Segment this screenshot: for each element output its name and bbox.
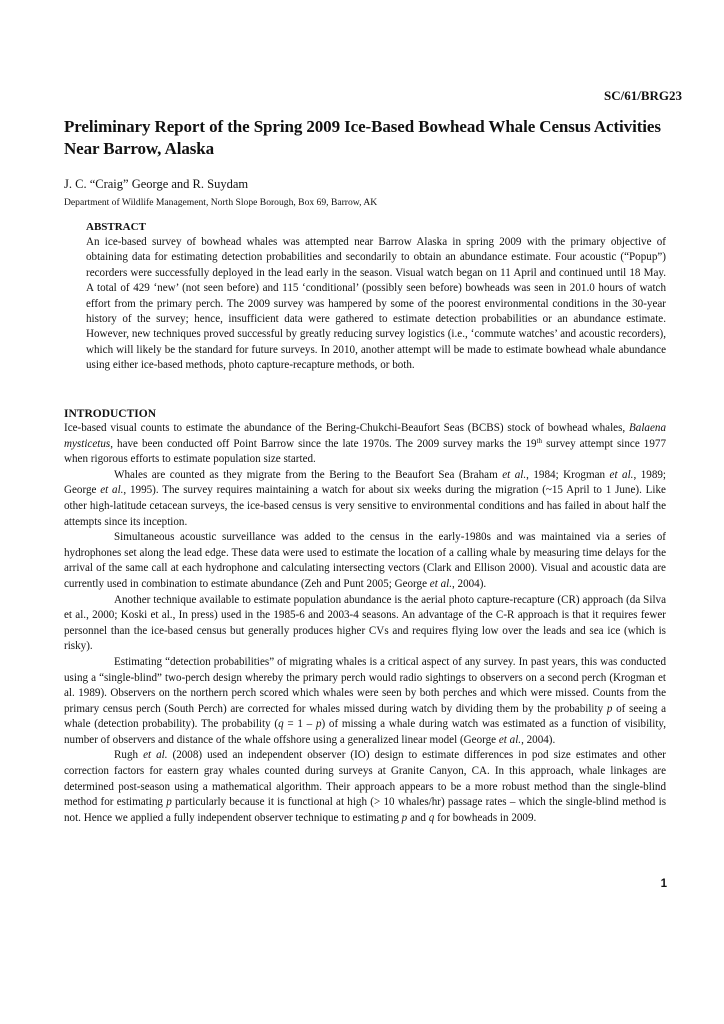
paragraph-2: Whales are counted as they migrate from … (64, 468, 666, 530)
paragraph-3: Simultaneous acoustic surveillance was a… (64, 530, 666, 592)
abstract-heading: ABSTRACT (86, 221, 146, 233)
paragraph-4: Another technique available to estimate … (64, 593, 666, 655)
document-id: SC/61/BRG23 (604, 88, 682, 104)
paragraph-6: Rugh et al. (2008) used an independent o… (64, 748, 666, 826)
paragraph-5: Estimating “detection probabilities” of … (64, 655, 666, 749)
affiliation: Department of Wildlife Management, North… (64, 197, 377, 208)
paper-title: Preliminary Report of the Spring 2009 Ic… (64, 116, 664, 160)
introduction-heading: INTRODUCTION (64, 408, 156, 420)
authors: J. C. “Craig” George and R. Suydam (64, 177, 248, 192)
document-page: SC/61/BRG23 Preliminary Report of the Sp… (0, 0, 724, 1024)
introduction-body: Ice-based visual counts to estimate the … (64, 421, 666, 826)
paragraph-1: Ice-based visual counts to estimate the … (64, 421, 666, 468)
abstract-text: An ice-based survey of bowhead whales wa… (86, 235, 666, 374)
page-number: 1 (661, 878, 667, 890)
